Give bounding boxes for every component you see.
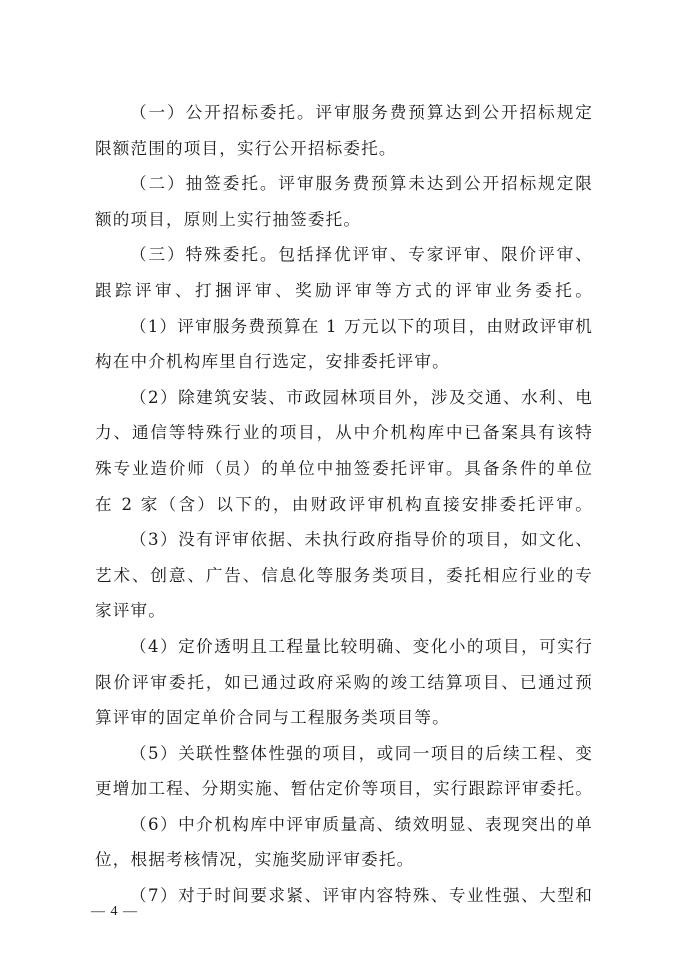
text-line: 艺术、创意、广告、信息化等服务类项目，委托相应行业的专 — [95, 558, 593, 594]
text-line: （二）抽签委托。评审服务费预算未达到公开招标规定限 — [95, 166, 593, 202]
text-line: （3）没有评审依据、未执行政府指导价的项目，如文化、 — [95, 522, 593, 558]
body-text: （一）公开招标委托。评审服务费预算达到公开招标规定 限额范围的项目，实行公开招标… — [95, 95, 595, 914]
text-line: 限价评审委托，如已通过政府采购的竣工结算项目、已通过预 — [95, 665, 593, 701]
text-line: （5）关联性整体性强的项目，或同一项目的后续工程、变 — [95, 736, 593, 772]
text-line: 殊专业造价师（员）的单位中抽签委托评审。具备条件的单位 — [95, 451, 593, 487]
text-line: （6）中介机构库中评审质量高、绩效明显、表现突出的单 — [95, 807, 593, 843]
text-line: 构在中介机构库里自行选定，安排委托评审。 — [95, 344, 595, 380]
text-line: 跟踪评审、打捆评审、奖励评审等方式的评审业务委托。 — [95, 273, 593, 309]
text-line: 限额范围的项目，实行公开招标委托。 — [95, 131, 595, 167]
page-number: — 4 — — [91, 904, 138, 920]
text-line: （4）定价透明且工程量比较明确、变化小的项目，可实行 — [95, 629, 593, 665]
text-line: 算评审的固定单价合同与工程服务类项目等。 — [95, 700, 595, 736]
text-line: （7）对于时间要求紧、评审内容特殊、专业性强、大型和 — [95, 878, 593, 914]
text-line: 位，根据考核情况，实施奖励评审委托。 — [95, 842, 595, 878]
document-page: （一）公开招标委托。评审服务费预算达到公开招标规定 限额范围的项目，实行公开招标… — [0, 0, 690, 976]
text-line: 在 2 家（含）以下的，由财政评审机构直接安排委托评审。 — [95, 487, 593, 523]
text-line: 家评审。 — [95, 593, 595, 629]
text-line: （2）除建筑安装、市政园林项目外，涉及交通、水利、电 — [95, 380, 593, 416]
text-line: （三）特殊委托。包括择优评审、专家评审、限价评审、 — [95, 237, 593, 273]
text-line: 更增加工程、分期实施、暂估定价等项目，实行跟踪评审委托。 — [95, 771, 593, 807]
text-line: （1）评审服务费预算在 1 万元以下的项目，由财政评审机 — [95, 309, 593, 345]
text-line: 力、通信等特殊行业的项目，从中介机构库中已备案具有该特 — [95, 415, 593, 451]
text-line: （一）公开招标委托。评审服务费预算达到公开招标规定 — [95, 95, 593, 131]
text-line: 额的项目，原则上实行抽签委托。 — [95, 202, 595, 238]
